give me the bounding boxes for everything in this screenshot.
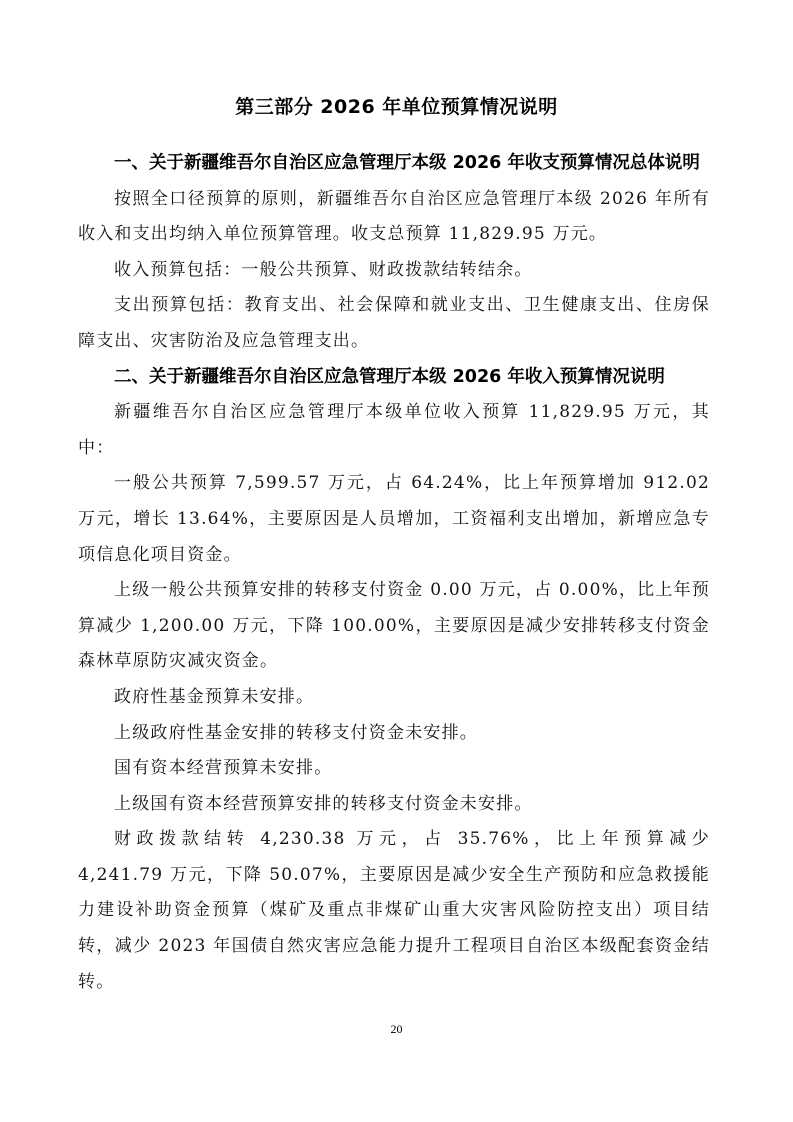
paragraph: 支出预算包括：教育支出、社会保障和就业支出、卫生健康支出、住房保障支出、灾害防治… bbox=[78, 288, 710, 359]
paragraph: 按照全口径预算的原则，新疆维吾尔自治区应急管理厅本级 2026 年所有收入和支出… bbox=[78, 182, 710, 253]
paragraph: 财政拨款结转 4,230.38 万元，占 35.76%，比上年预算减少 4,24… bbox=[78, 822, 710, 1000]
section-heading-1: 一、关于新疆维吾尔自治区应急管理厅本级 2026 年收支预算情况总体说明 bbox=[78, 146, 710, 182]
paragraph: 国有资本经营预算未安排。 bbox=[78, 751, 710, 787]
document-body: 一、关于新疆维吾尔自治区应急管理厅本级 2026 年收支预算情况总体说明 按照全… bbox=[78, 146, 710, 1000]
paragraph: 上级国有资本经营预算安排的转移支付资金未安排。 bbox=[78, 787, 710, 823]
paragraph: 一般公共预算 7,599.57 万元，占 64.24%，比上年预算增加 912.… bbox=[78, 466, 710, 573]
page-number: 20 bbox=[0, 1022, 793, 1037]
page-title: 第三部分 2026 年单位预算情况说明 bbox=[0, 92, 793, 119]
section-heading-2: 二、关于新疆维吾尔自治区应急管理厅本级 2026 年收入预算情况说明 bbox=[78, 360, 710, 396]
paragraph: 收入预算包括：一般公共预算、财政拨款结转结余。 bbox=[78, 253, 710, 289]
paragraph: 政府性基金预算未安排。 bbox=[78, 680, 710, 716]
paragraph: 上级一般公共预算安排的转移支付资金 0.00 万元，占 0.00%，比上年预算减… bbox=[78, 573, 710, 680]
paragraph: 上级政府性基金安排的转移支付资金未安排。 bbox=[78, 716, 710, 752]
document-page: 第三部分 2026 年单位预算情况说明 一、关于新疆维吾尔自治区应急管理厅本级 … bbox=[0, 0, 793, 1122]
paragraph: 新疆维吾尔自治区应急管理厅本级单位收入预算 11,829.95 万元，其中： bbox=[78, 395, 710, 466]
